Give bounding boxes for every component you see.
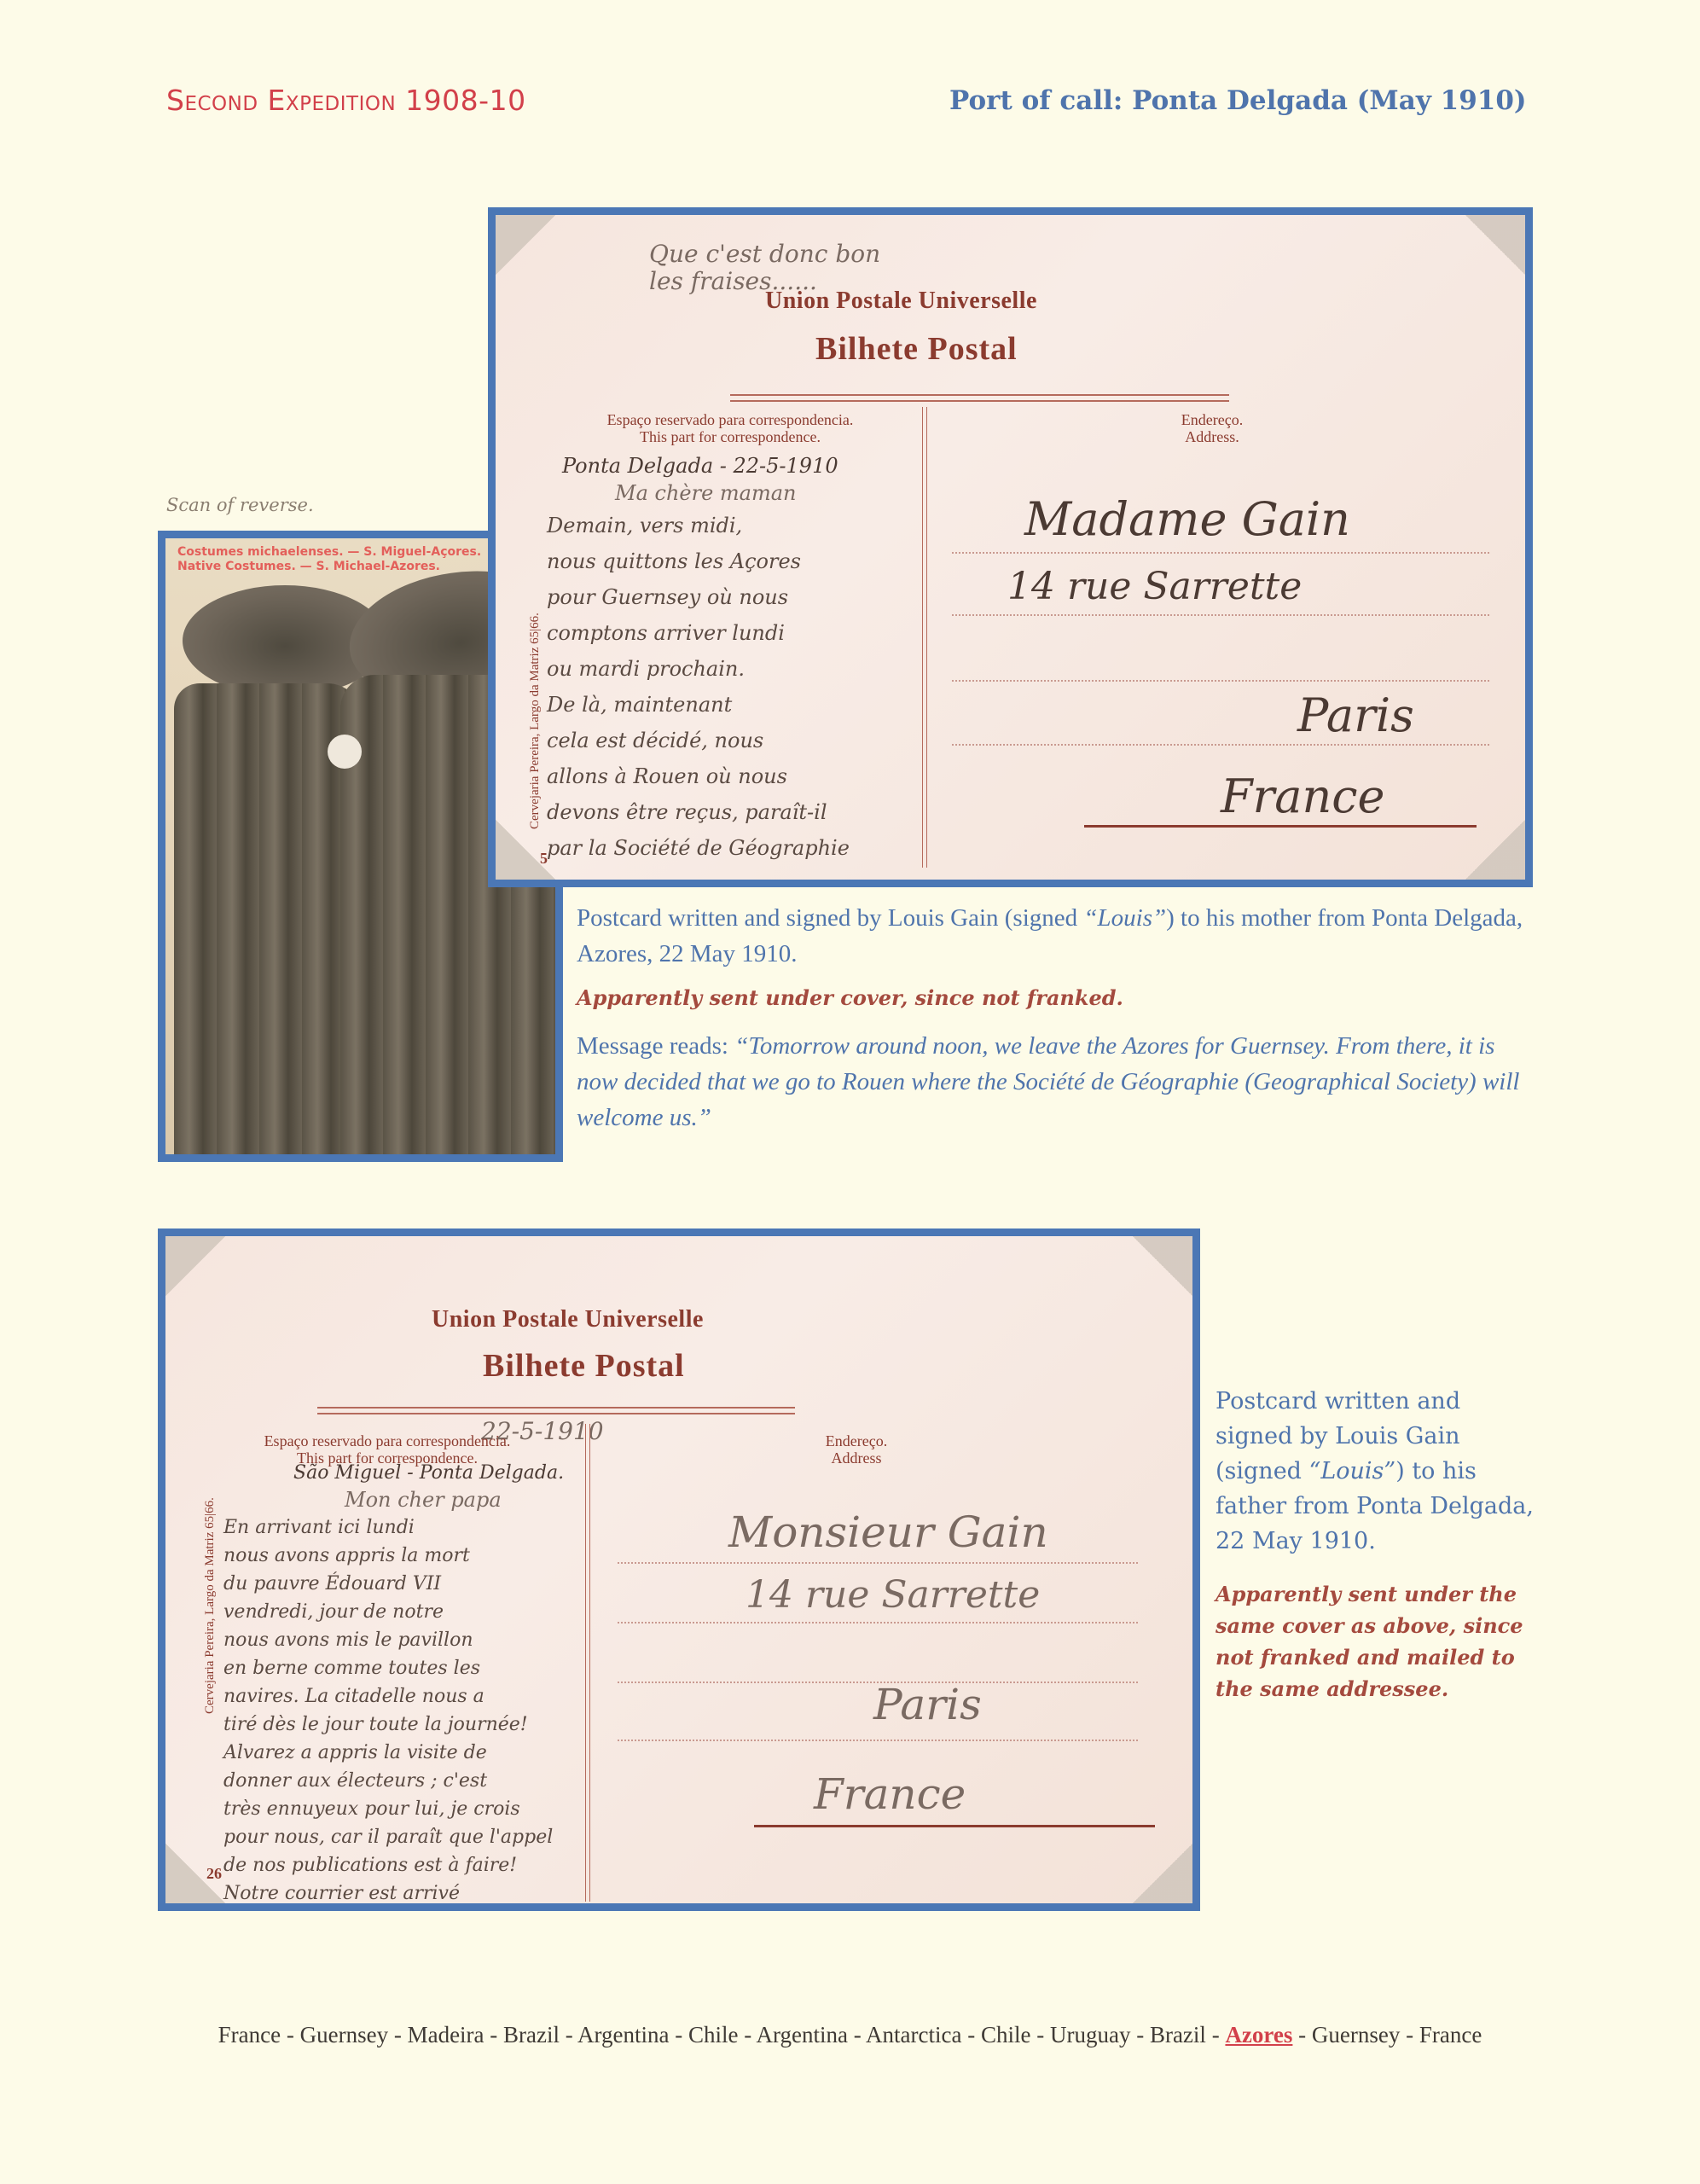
postcard-1-message-translation: Message reads: “Tomorrow around noon, we… bbox=[577, 1028, 1536, 1136]
message-greeting: Mon cher papa bbox=[345, 1488, 502, 1512]
corner-fold bbox=[1133, 1844, 1192, 1903]
caption-english: Native Costumes. — S. Michael-Azores. bbox=[177, 560, 481, 574]
route-stop: Chile bbox=[688, 2022, 739, 2047]
route-stop: Brazil bbox=[1150, 2022, 1206, 2047]
bilhete-postal-heading: Bilhete Postal bbox=[483, 1347, 685, 1385]
address-label: Endereço. Address bbox=[797, 1432, 916, 1467]
address-line-1 bbox=[952, 552, 1489, 554]
route-stop: Uruguay bbox=[1050, 2022, 1130, 2047]
address-line-4 bbox=[618, 1740, 1138, 1741]
route-stop: Argentina bbox=[757, 2022, 848, 2047]
postcard-1-description: Postcard written and signed by Louis Gai… bbox=[577, 900, 1536, 972]
address-country: France bbox=[814, 1769, 966, 1819]
route-stop: Chile bbox=[981, 2022, 1031, 2047]
address-street: 14 rue Sarrette bbox=[1007, 565, 1302, 608]
printer-imprint: Cervejaria Pereira, Largo da Matriz 65|6… bbox=[203, 1497, 218, 1714]
address-recipient: Monsieur Gain bbox=[728, 1507, 1048, 1557]
route-stop: Argentina bbox=[577, 2022, 669, 2047]
route-stop: France bbox=[1419, 2022, 1482, 2047]
address-underline bbox=[754, 1825, 1155, 1827]
printer-imprint: Cervejaria Pereira, Largo da Matriz 65|6… bbox=[528, 613, 542, 829]
address-line-2 bbox=[952, 614, 1489, 616]
reverse-caption: Costumes michaelenses. — S. Miguel-Açore… bbox=[177, 545, 481, 574]
divider-rule bbox=[317, 1407, 795, 1414]
postcard-1-note: Apparently sent under cover, since not f… bbox=[577, 985, 1123, 1010]
route-stop: Azores bbox=[1225, 2022, 1292, 2047]
route-stop: France bbox=[218, 2022, 281, 2047]
route-stop: Guernsey bbox=[300, 2022, 388, 2047]
corner-fold bbox=[1465, 820, 1525, 880]
address-city: Paris bbox=[1297, 688, 1414, 742]
scan-of-reverse-label: Scan of reverse. bbox=[166, 495, 314, 515]
expedition-route: France - Guernsey - Madeira - Brazil - A… bbox=[0, 2022, 1700, 2048]
address-recipient: Madame Gain bbox=[1024, 492, 1350, 546]
postcard-2-description: Postcard written and signed by Louis Gai… bbox=[1216, 1384, 1540, 1559]
address-line-2 bbox=[618, 1622, 1138, 1623]
address-city: Paris bbox=[873, 1680, 982, 1729]
section-title: Second Expedition 1908-10 bbox=[166, 84, 526, 117]
route-stop: Brazil bbox=[503, 2022, 560, 2047]
upu-heading: Union Postale Universelle bbox=[432, 1306, 704, 1333]
caption-portuguese: Costumes michaelenses. — S. Miguel-Açore… bbox=[177, 545, 481, 560]
handwritten-message: En arrivant ici lundinous avons appris l… bbox=[223, 1513, 616, 1903]
address-line-3 bbox=[952, 680, 1489, 682]
corner-fold bbox=[165, 1236, 225, 1296]
message-header: Ponta Delgada - 22-5-1910 bbox=[562, 454, 838, 478]
handwritten-message: Demain, vers midi,nous quittons les Açor… bbox=[547, 508, 922, 866]
correspondence-label: Espaço reservado para correspondencia. T… bbox=[547, 411, 914, 445]
corner-fold bbox=[1133, 1236, 1192, 1296]
address-street: 14 rue Sarrette bbox=[746, 1573, 1040, 1617]
correspondence-label: Espaço reservado para correspondencia. T… bbox=[217, 1432, 558, 1467]
corner-fold bbox=[1465, 215, 1525, 275]
corner-fold bbox=[496, 215, 555, 275]
divider-rule bbox=[730, 394, 1229, 402]
address-country: France bbox=[1221, 770, 1384, 823]
message-place: São Miguel - Ponta Delgada. bbox=[293, 1462, 564, 1484]
postcard-2-note: Apparently sent under the same cover as … bbox=[1216, 1578, 1540, 1705]
postcard-2-frame: Union Postale Universelle Bilhete Postal… bbox=[158, 1228, 1200, 1911]
postcard-1: Que c'est donc bon les fraises...... Uni… bbox=[496, 215, 1525, 880]
port-of-call-heading: Port of call: Ponta Delgada (May 1910) bbox=[949, 85, 1527, 116]
flower-bouquet bbox=[328, 735, 362, 769]
postcard-2: Union Postale Universelle Bilhete Postal… bbox=[165, 1236, 1192, 1903]
route-stop: Madeira bbox=[408, 2022, 484, 2047]
postcard-1-frame: Que c'est donc bon les fraises...... Uni… bbox=[488, 207, 1533, 887]
route-stop: Antarctica bbox=[866, 2022, 961, 2047]
card-number: 26 bbox=[206, 1865, 222, 1883]
address-underline bbox=[1084, 825, 1477, 828]
address-label: Endereço. Address. bbox=[1152, 411, 1272, 445]
address-line-1 bbox=[618, 1562, 1138, 1564]
message-greeting: Ma chère maman bbox=[615, 481, 797, 505]
address-line-4 bbox=[952, 744, 1489, 746]
bilhete-postal-heading: Bilhete Postal bbox=[815, 330, 1018, 368]
route-stop: Guernsey bbox=[1312, 2022, 1400, 2047]
center-divider bbox=[922, 407, 927, 868]
upu-heading: Union Postale Universelle bbox=[765, 288, 1037, 315]
